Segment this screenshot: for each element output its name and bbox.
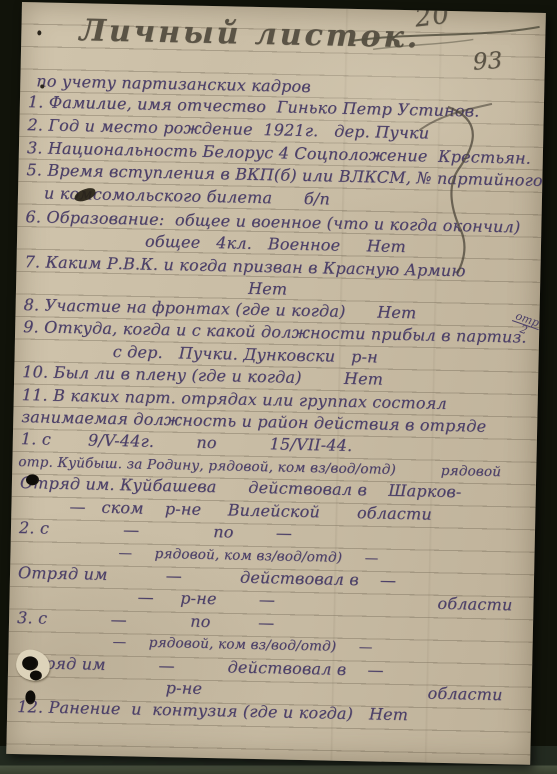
line-service3-dates: 3. с — по —: [17, 608, 275, 633]
line-service3-role: — рядовой, ком вз/вод/отд) —: [112, 632, 372, 657]
line-arrival-answer: с дер. Пучки. Дунковски р-н: [112, 342, 378, 368]
paper-speck: [37, 30, 41, 35]
page-number: 93: [472, 51, 503, 73]
line-service2-region: — р-не —: [137, 588, 275, 611]
crossed-out-number: 20: [414, 5, 451, 29]
line-service1-dates: 1. с 9/V-44г. по 15/VII-44.: [21, 429, 353, 456]
line-service3-oblast: области: [427, 684, 502, 706]
line-service2-role: — рядовой, ком вз/вод/отд) —: [118, 543, 378, 568]
document-title: Личный листок.: [79, 21, 420, 48]
paper-sheet: Личный листок. 20 93 по учету партизанск…: [6, 2, 546, 765]
line-rvk-answer: Нет: [248, 279, 288, 300]
line-service3-unit: Отряд им — действовал в —: [16, 653, 384, 681]
document-photo: Личный листок. 20 93 по учету партизанск…: [0, 0, 557, 774]
line-arrival: 9. Откуда, когда и с какой должности при…: [23, 317, 527, 348]
line-education: 6. Образование: общее и военное (что и к…: [25, 207, 520, 237]
line-wounds: 12. Ранение и контузия (где и когда) Нет: [17, 697, 408, 725]
line-party-cont: и комсомольского билета б/п: [44, 184, 330, 210]
pencil-scribble: [444, 107, 473, 273]
line-service2-dates: 2. с — по —: [19, 518, 293, 544]
line-service2-oblast: области: [437, 594, 512, 616]
line-service3-region: р-не: [165, 678, 202, 699]
line-education-answer: общее 4кл. Военное Нет: [145, 232, 406, 257]
